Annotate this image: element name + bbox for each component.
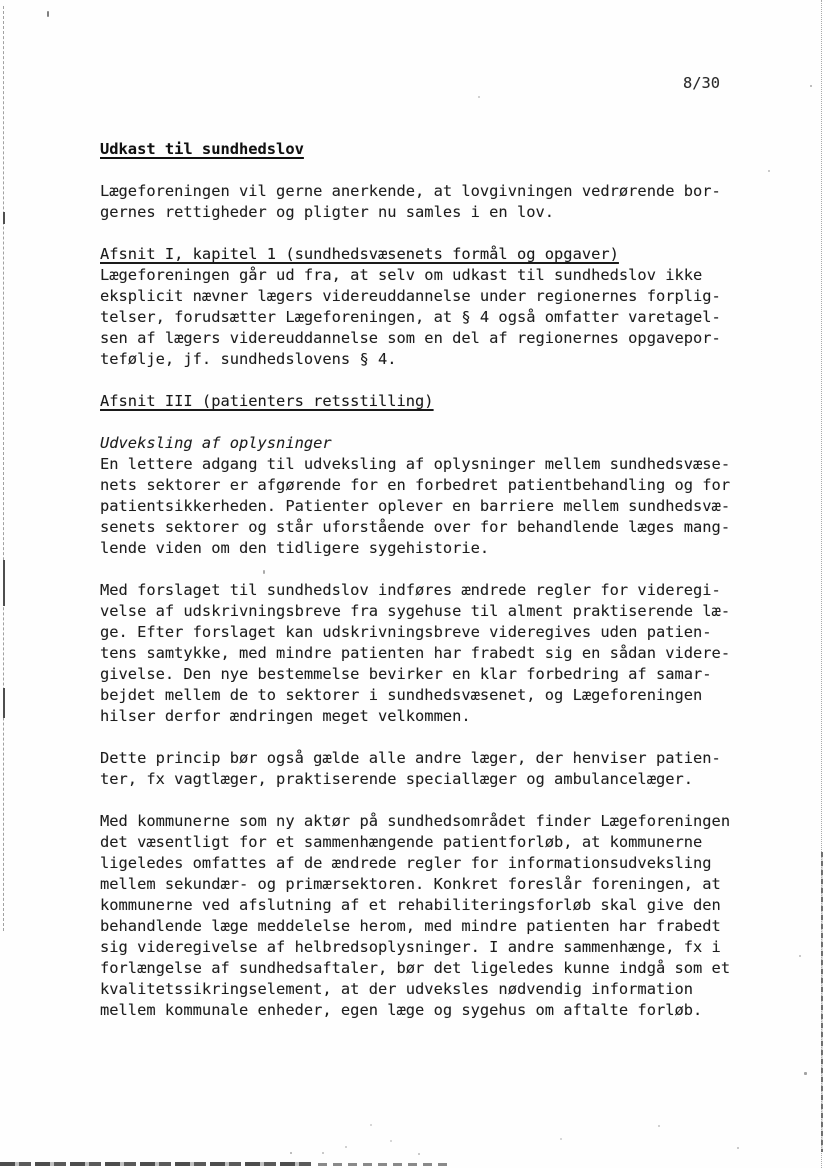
text-line: forlængelse af sundhedsaftaler, bør det … [100, 958, 748, 979]
text-line: Lægeforeningen vil gerne anerkende, at l… [100, 181, 748, 202]
text-line: kommunerne ved afslutning af et rehabili… [100, 895, 748, 916]
scan-speck [418, 1153, 420, 1155]
scan-artifact-left-dash [3, 688, 5, 718]
scan-speck [804, 1072, 807, 1075]
text-line: sig videregivelse af helbredsoplysninger… [100, 937, 748, 958]
scan-speck [390, 1140, 392, 1142]
text-line: mellem sekundær- og primærsektoren. Konk… [100, 874, 748, 895]
scan-speck [810, 85, 812, 87]
paragraph-udveksling-3: Dette princip bør også gælde alle andre … [100, 748, 748, 790]
text-line: det væsentligt for et sammenhængende pat… [100, 832, 748, 853]
text-line: ge. Efter forslaget kan udskrivningsbrev… [100, 622, 748, 643]
text-line: Lægeforeningen går ud fra, at selv om ud… [100, 265, 748, 286]
scan-speck [658, 1125, 660, 1127]
text-line: bejdet mellem de to sektorer i sundhedsv… [100, 685, 748, 706]
paragraph-udveksling-2: Med forslaget til sundhedslov indføres æ… [100, 580, 748, 727]
text-line: tefølje, jf. sundhedslovens § 4. [100, 349, 748, 370]
text-line: kvalitetssikringselement, at der udveksl… [100, 979, 748, 1000]
text-line: gernes rettigheder og pligter nu samles … [100, 202, 748, 223]
scan-artifact-left-dash [3, 560, 5, 606]
scan-speck [322, 1152, 324, 1154]
scan-artifact-right-edge-dense [821, 852, 823, 1152]
text-line: Med forslaget til sundhedslov indføres æ… [100, 580, 748, 601]
text-line: eksplicit nævner lægers videreuddannelse… [100, 286, 748, 307]
scan-speck [478, 96, 480, 98]
text-line: telser, forudsætter Lægeforeningen, at §… [100, 307, 748, 328]
text-line: velse af udskrivningsbreve fra sygehuse … [100, 601, 748, 622]
scan-speck [345, 1146, 347, 1148]
scan-artifact-bottom-line [318, 1163, 448, 1166]
scan-speck [799, 955, 801, 957]
page-number: 8/30 [683, 73, 720, 94]
scan-speck [737, 1147, 739, 1149]
text-line: mellem kommunale enheder, egen læge og s… [100, 1000, 748, 1021]
scanned-document-page: 8/30 Udkast til sundhedslov Lægeforening… [0, 0, 825, 1168]
section-heading-afsnit-3: Afsnit III (patienters retsstilling) [100, 391, 748, 412]
text-line: patientsikkerheden. Patienter oplever en… [100, 496, 748, 517]
paragraph-afsnit-1: Lægeforeningen går ud fra, at selv om ud… [100, 265, 748, 370]
paragraph-intro: Lægeforeningen vil gerne anerkende, at l… [100, 181, 748, 223]
text-line: lende viden om den tidligere sygehistori… [100, 538, 748, 559]
scan-speck [263, 570, 265, 574]
document-content: Udkast til sundhedslov Lægeforeningen vi… [100, 139, 748, 1021]
scan-speck [370, 1124, 372, 1126]
document-title: Udkast til sundhedslov [100, 139, 748, 160]
paragraph-udveksling-4: Med kommunerne som ny aktør på sundhedso… [100, 811, 748, 1021]
text-line: tens samtykke, med mindre patienten har … [100, 643, 748, 664]
scan-speck [768, 170, 770, 172]
paragraph-udveksling-1: En lettere adgang til udveksling af oply… [100, 454, 748, 559]
scan-artifact-bottom-line [0, 1162, 312, 1166]
scan-speck [290, 1152, 292, 1154]
subsection-heading-udveksling: Udveksling af oplysninger [100, 433, 748, 454]
text-line: ter, fx vagtlæger, praktiserende special… [100, 769, 748, 790]
scan-artifact-left-dash [3, 212, 5, 224]
text-line: behandlende læge meddelelse herom, med m… [100, 916, 748, 937]
text-line: senets sektorer og står uforstående over… [100, 517, 748, 538]
scan-speck [47, 11, 49, 17]
text-line: nets sektorer er afgørende for en forbed… [100, 475, 748, 496]
text-line: En lettere adgang til udveksling af oply… [100, 454, 748, 475]
text-line: givelse. Den nye bestemmelse bevirker en… [100, 664, 748, 685]
text-line: Med kommunerne som ny aktør på sundhedso… [100, 811, 748, 832]
text-line: sen af lægers videreuddannelse som en de… [100, 328, 748, 349]
scan-speck [560, 1138, 562, 1140]
text-line: ligeledes omfattes af de ændrede regler … [100, 853, 748, 874]
text-line: hilser derfor ændringen meget velkommen. [100, 706, 748, 727]
section-heading-afsnit-1: Afsnit I, kapitel 1 (sundhedsvæsenets fo… [100, 244, 748, 265]
text-line: Dette princip bør også gælde alle andre … [100, 748, 748, 769]
scan-artifact-left-edge [3, 6, 4, 931]
